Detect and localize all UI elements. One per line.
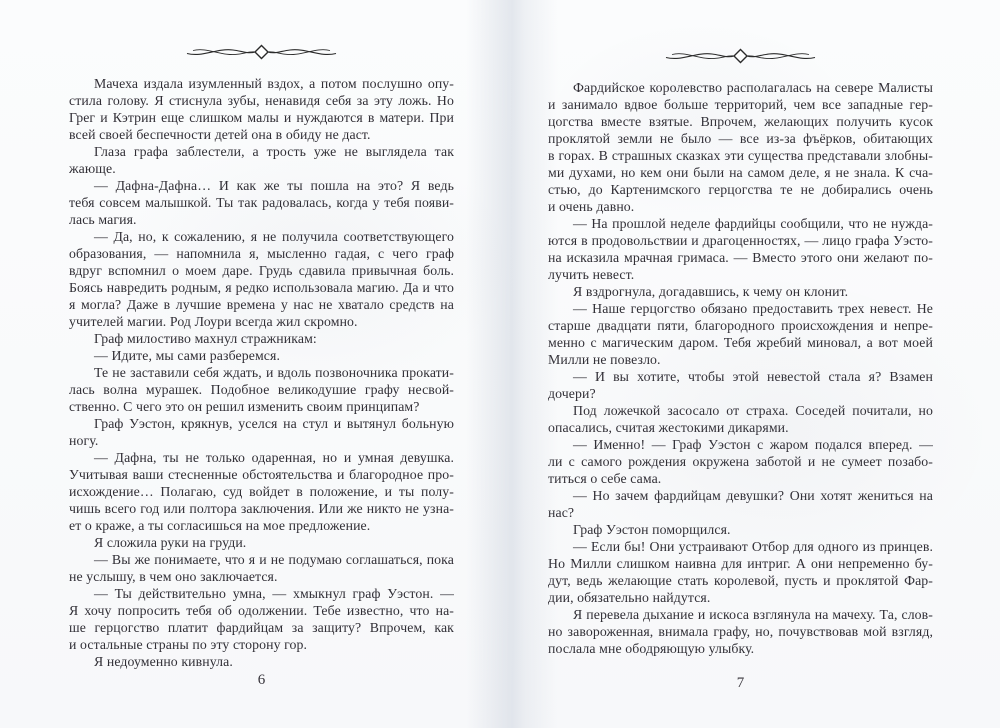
- text-line: — Дафна, ты не только одаренная, но и ум…: [69, 449, 454, 466]
- text-line: — Если бы! Они устраивают Отбор для одно…: [548, 538, 933, 555]
- text-line: нас?: [548, 504, 933, 521]
- page-text: Фардийское королевство располагалась на …: [548, 79, 933, 657]
- text-line: ше герцогство платит фардийцам за защиту…: [69, 619, 454, 636]
- text-line: Я вздрогнула, догадавшись, к чему он кло…: [548, 283, 933, 300]
- text-line: Боясь навредить родным, я редко использо…: [69, 279, 454, 296]
- text-line: Граф Уэстон поморщился.: [548, 521, 933, 538]
- text-line: ми духами, но кем они были на самом деле…: [548, 164, 933, 181]
- flourish-divider-icon: [548, 48, 933, 64]
- text-line: Глаза графа заблестели, а трость уже не …: [69, 143, 454, 160]
- text-line: жающе.: [69, 160, 454, 177]
- text-line: я могла? Даже в лучшие времена у нас не …: [69, 296, 454, 313]
- text-line: ственно. С чего это он решил изменить св…: [69, 398, 454, 415]
- text-line: послала мне ободряющую улыбку.: [548, 640, 933, 657]
- text-line: тебя совсем малышкой. Ты так радовалась,…: [69, 194, 454, 211]
- text-line: Но Милли слишком наивна для интриг. А он…: [548, 555, 933, 572]
- text-line: — Именно! — Граф Уэстон с жаром подался …: [548, 436, 933, 453]
- text-line: — На прошлой неделе фардийцы сообщили, ч…: [548, 215, 933, 232]
- text-line: лучить невест.: [548, 266, 933, 283]
- book-spread: Мачеха издала изумленный вздох, а потом …: [0, 0, 1000, 728]
- text-line: учителей магии. Род Лоури всегда жил скр…: [69, 313, 454, 330]
- text-line: лась магия.: [69, 211, 454, 228]
- text-line: ются в продовольствии и драгоценностях, …: [548, 232, 933, 249]
- text-line: и занимало вдвое больше территорий, чем …: [548, 96, 933, 113]
- text-line: менно с магическим даром. Тебя жребий ми…: [548, 334, 933, 351]
- text-line: Грег и Кэтрин еще слишком малы и нуждают…: [69, 109, 454, 126]
- page-text: Мачеха издала изумленный вздох, а потом …: [69, 75, 454, 670]
- text-line: — Но зачем фардийцам девушки? Они хотят …: [548, 487, 933, 504]
- flourish-divider-icon: [69, 44, 454, 60]
- text-line: опасались, считая жестокими дикарями.: [548, 419, 933, 436]
- text-line: дут, ведь желающие стать королевой, пуст…: [548, 572, 933, 589]
- text-line: — И вы хотите, чтобы этой невестой стала…: [548, 368, 933, 385]
- text-line: — Да, но, к сожалению, я не получила соо…: [69, 228, 454, 245]
- text-line: — Наше герцогство обязано предоставить т…: [548, 300, 933, 317]
- text-line: — Вы же понимаете, что я и не подумаю со…: [69, 551, 454, 568]
- text-line: Я перевела дыхание и искоса взглянула на…: [548, 606, 933, 623]
- text-line: Фардийское королевство располагалась на …: [548, 79, 933, 96]
- page-right: Фардийское королевство располагалась на …: [548, 0, 933, 728]
- text-line: и очень давно.: [548, 198, 933, 215]
- text-line: лась волна мурашек. Подобное великодушие…: [69, 381, 454, 398]
- text-line: но завороженная, внимала графу, но, почу…: [548, 623, 933, 640]
- text-line: исхождение… Полагаю, суд войдет в положе…: [69, 483, 454, 500]
- text-line: проклятой земли не было — все из-за фъёр…: [548, 130, 933, 147]
- text-line: — Дафна-Дафна… И как же ты пошла на это?…: [69, 177, 454, 194]
- text-line: стью, до Картенимского герцогства те не …: [548, 181, 933, 198]
- text-line: Я хочу попросить тебя об одолжении. Тебе…: [69, 602, 454, 619]
- text-line: дочери?: [548, 385, 933, 402]
- text-line: всей своей беспечности детей она в обиду…: [69, 126, 454, 143]
- text-line: Мачеха издала изумленный вздох, а потом …: [69, 75, 454, 92]
- text-line: не услышу, в чем оно заключается.: [69, 568, 454, 585]
- gutter-shadow: [466, 0, 558, 728]
- text-line: чишь всего год или полтора заключения. И…: [69, 500, 454, 517]
- text-line: ет о краже, а ты согласишься на мое пред…: [69, 517, 454, 534]
- text-line: Граф Уэстон, крякнув, уселся на стул и в…: [69, 415, 454, 432]
- text-line: Те не заставили себя ждать, и вдоль позв…: [69, 364, 454, 381]
- text-line: Под ложечкой засосало от страха. Соседей…: [548, 402, 933, 419]
- text-line: Милли не повезло.: [548, 351, 933, 368]
- text-line: ногу.: [69, 432, 454, 449]
- text-line: Я сложила руки на груди.: [69, 534, 454, 551]
- text-line: Учитывая ваши стесненные обстоятельства …: [69, 466, 454, 483]
- text-line: цогства вместе взятые. Впрочем, желающих…: [548, 113, 933, 130]
- text-line: стила голову. Я стиснула зубы, ненавидя …: [69, 92, 454, 109]
- text-line: ли с самого рождения окружена заботой и …: [548, 453, 933, 470]
- text-line: старше двадцати пяти, благородного проис…: [548, 317, 933, 334]
- text-line: — Идите, мы сами разберемся.: [69, 347, 454, 364]
- text-line: вдруг вспомнил о моем даре. Грудь сдавил…: [69, 262, 454, 279]
- text-line: — Ты действительно умна, — хмыкнул граф …: [69, 585, 454, 602]
- page-number: 6: [69, 672, 454, 689]
- text-line: в горах. В страшных сказках эти существа…: [548, 147, 933, 164]
- text-line: образования, — напомнила я, мысленно гад…: [69, 245, 454, 262]
- text-line: Граф милостиво махнул стражникам:: [69, 330, 454, 347]
- text-line: дии, обязательно найдутся.: [548, 589, 933, 606]
- text-line: Я недоуменно кивнула.: [69, 653, 454, 670]
- text-line: титься о себе сама.: [548, 470, 933, 487]
- page-left: Мачеха издала изумленный вздох, а потом …: [69, 0, 454, 728]
- text-line: на исказила мрачная гримаса. — Вместо эт…: [548, 249, 933, 266]
- page-number: 7: [548, 675, 933, 692]
- text-line: и остальные страны по эту сторону гор.: [69, 636, 454, 653]
